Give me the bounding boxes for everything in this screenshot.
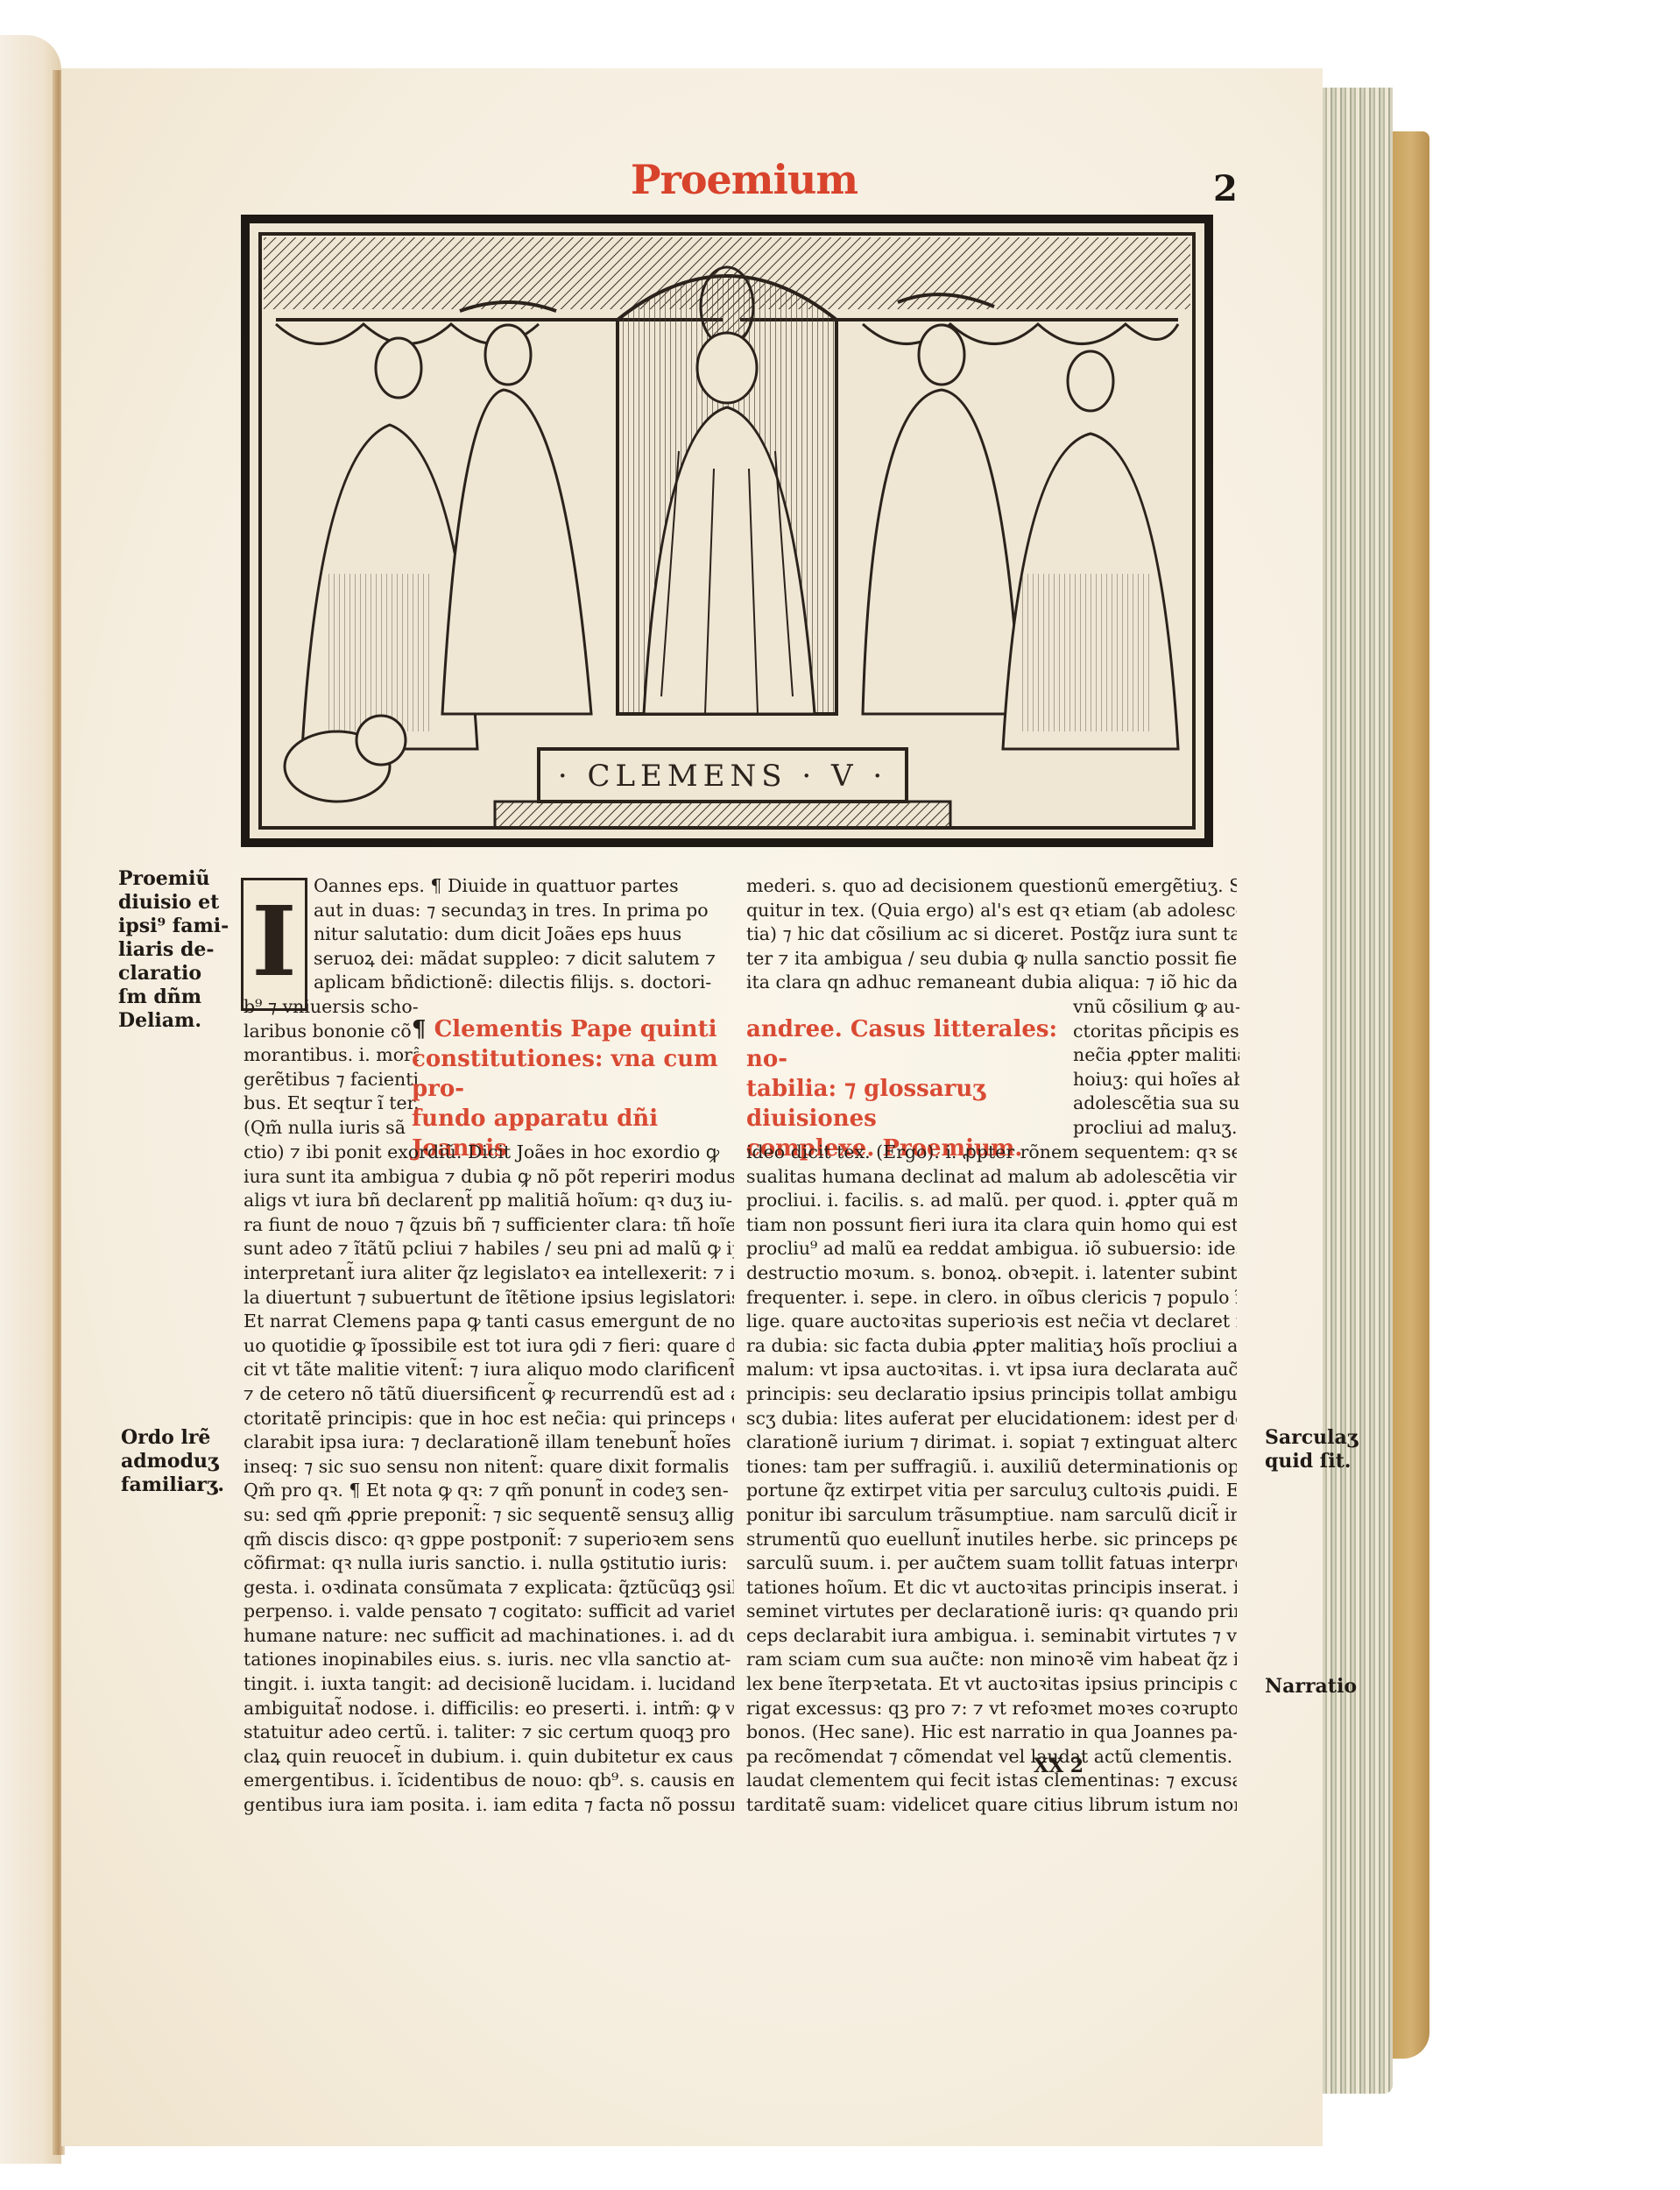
text-line: ra dubia: sic facta dubia ꝓpter malitiaʒ… (746, 1334, 1237, 1359)
woodcut-illustration: · CLEMENS · V · (241, 215, 1213, 847)
text-line: tingit. i. iuxta tangit: ad decisionẽ lu… (244, 1672, 734, 1697)
text-line: rigat excessus: qꝫ pro ⁊: ⁊ vt refoꝛmet … (746, 1697, 1237, 1721)
text-line: tiones: tam per suffragiũ. i. auxiliũ de… (746, 1455, 1237, 1480)
vellum-binding (1393, 131, 1429, 2059)
text-line: gerẽtibus ⁊ facienti (244, 1068, 419, 1092)
text-line: statuitur adeo certũ. i. taliter: ⁊ sic … (244, 1720, 734, 1745)
text-line: b⁹ ⁊ vniuersis scho- (244, 995, 419, 1020)
margin-note-line: Narratio (1265, 1675, 1357, 1699)
text-line: cõfirmat: qꝛ nulla iuris sanctio. i. nul… (244, 1551, 734, 1576)
pilcrow-icon: ¶ (412, 1016, 427, 1042)
text-line: uo quotidie ꝙ ĩpossibile est tot iura ꝯd… (244, 1334, 734, 1359)
text-line: inseq: ⁊ sic suo sensu non nitent̃: quar… (244, 1455, 734, 1480)
text-line: adolescẽtia sua sunt (1073, 1091, 1239, 1116)
text-line: hoiuʒ: qui hoĩes ab (1073, 1068, 1239, 1092)
text-line: sarculũ suum. i. per auc̃tem suam tollit… (746, 1551, 1237, 1576)
text-line: gesta. i. oꝛdinata consũmata ⁊ explicata… (244, 1576, 734, 1600)
right-column-narrow: vnũ cõsilium ꝙ au- ctoritas pñcipis est … (1073, 995, 1239, 1141)
text-line: frequenter. i. sepe. in clero. in oĩbus … (746, 1286, 1237, 1310)
title-line: constitutiones: vna cum pro- (412, 1044, 736, 1104)
text-line: destructio moꝛum. s. bonoꝝ. obꝛepit. i. … (746, 1261, 1237, 1286)
text-line: gentibus iura iam posita. i. iam edita ⁊… (244, 1793, 734, 1818)
text-line: portune q̃z extirpet vitia per sarculuʒ … (746, 1479, 1237, 1503)
text-line: morantibus. i. morã (244, 1043, 419, 1068)
text-line: scʒ dubia: lites auferat per elucidation… (746, 1407, 1237, 1431)
text-block-fore-edge (1323, 88, 1393, 2094)
margin-note-narratio: Narratio (1265, 1675, 1357, 1699)
running-head: Proemium (631, 156, 858, 203)
margin-note-line: claratio (118, 962, 229, 985)
margin-note-ordo: Ordo lrẽ admoduʒ familiarʒ. (121, 1426, 224, 1497)
text-line: Oannes eps. ¶ Diuide in quattuor partes (314, 874, 725, 899)
text-line: (Qm̃ nulla iuris sã (244, 1116, 419, 1141)
text-line: iura sunt ita ambigua ⁊ dubia ꝙ nõ põt r… (244, 1165, 734, 1190)
text-line: aplicam bñdictionẽ: dilectis filijs. s. … (314, 971, 725, 995)
text-line: qm̃ discis disco: qꝛ gppe postponit̃: ⁊ … (244, 1528, 734, 1552)
margin-note-line: quid ſit. (1265, 1450, 1358, 1473)
left-column-narrow: b⁹ ⁊ vniuersis scho- laribus bononie cõ … (244, 995, 419, 1141)
text-line: ctoritas pñcipis est (1073, 1020, 1239, 1044)
decorated-initial: I (241, 878, 307, 1011)
text-line: ita clara qn adhuc remaneant dubia aliqu… (746, 971, 1237, 995)
text-line: ponitur ibi sarculum trãsumptiue. nam sa… (746, 1503, 1237, 1528)
margin-note-line: ipsi⁹ fami- (118, 915, 229, 938)
text-line: cit vt tãte malitie vitent̃: ⁊ iura aliq… (244, 1358, 734, 1382)
text-line: ram sciam cum sua auc̃te: non minoꝛẽ vim… (746, 1648, 1237, 1672)
signature-mark: XX 2 (1034, 1755, 1084, 1777)
margin-note-line: Sarculaʒ (1265, 1426, 1358, 1450)
text-line: sunt adeo ⁊ ĩtãtũ pcliui ⁊ habiles / seu… (244, 1237, 734, 1261)
text-line: seminet virtutes per declarationẽ iuris:… (746, 1600, 1237, 1624)
text-line: mederi. s. quo ad decisionem questionũ e… (746, 874, 1237, 899)
title-line: andree. Casus litterales: no- (746, 1014, 1070, 1074)
margin-note-line: Ordo lrẽ (121, 1426, 224, 1450)
text-line: lex bene ĩterpꝛetata. Et vt auctoꝛitas i… (746, 1672, 1237, 1697)
text-line: ter ⁊ ita ambigua / seu dubia ꝙ nulla sa… (746, 947, 1237, 971)
text-line: humane nature: nec sufficit ad machinati… (244, 1624, 734, 1649)
text-line: laudat clementem qui fecit istas clement… (746, 1769, 1237, 1793)
right-column-top: mederi. s. quo ad decisionem questionũ e… (746, 874, 1237, 995)
text-line: procliui ad maluʒ. (1073, 1116, 1239, 1141)
text-line: vnũ cõsilium ꝙ au- (1073, 995, 1239, 1020)
text-line: interpretant̃ iura aliter q̃z legislatoꝛ… (244, 1261, 734, 1286)
text-line: ideo dicit tex. (Ergo). i. ꝓpter rõnem s… (746, 1141, 1237, 1165)
text-line: aligs vt iura bñ declarent̃ pp malitiã h… (244, 1189, 734, 1213)
text-line: bus. Et seqtur ĩ ter. (244, 1091, 419, 1116)
text-line: Qm̃ pro qꝛ. ¶ Et nota ꝙ qꝛ: ⁊ qm̃ ponunt… (244, 1479, 734, 1503)
text-line: tia) ⁊ hic dat cõsilium ac si diceret. P… (746, 922, 1237, 947)
woodcut-caption: · CLEMENS · V · (558, 759, 887, 794)
text-line: Et narrat Clemens papa ꝙ tanti casus eme… (244, 1310, 734, 1334)
margin-note-line: diuisio et (118, 891, 229, 915)
margin-note-line: Deliam. (118, 1009, 229, 1033)
text-line: tationes inopinabiles eius. s. iuris. ne… (244, 1648, 734, 1672)
text-line: ⁊ de cetero nõ tãtũ diuersificent̃ ꝙ rec… (244, 1382, 734, 1407)
text-line: ctio) ⁊ ibi ponit exordiũ. Dicit Joães i… (244, 1141, 734, 1165)
text-line: procliu⁹ ad malũ ea reddat ambigua. iõ s… (746, 1237, 1237, 1261)
text-line: malum: vt ipsa auctoꝛitas. i. vt ipsa iu… (746, 1358, 1237, 1382)
left-column-top: Oannes eps. ¶ Diuide in quattuor partes … (314, 874, 725, 995)
margin-note-line: liaris de- (118, 938, 229, 962)
text-line: tarditatẽ suam: videlicet quare citius l… (746, 1793, 1237, 1818)
text-line: claꝝ quin reuocet̃ in dubium. i. quin du… (244, 1745, 734, 1770)
text-line: clarationẽ iurium ⁊ dirimat. i. sopiat ⁊… (746, 1431, 1237, 1455)
text-line: laribus bononie cõ (244, 1020, 419, 1044)
margin-note-proemium: Proemiũ diuisio et ipsi⁹ fami- liaris de… (118, 867, 229, 1033)
folio-number: 2 (1213, 168, 1238, 209)
text-line: clarabit ipsa iura: ⁊ declarationẽ illam… (244, 1431, 734, 1455)
text-line: pa recõmendat ⁊ cõmendat vel laudat actũ… (746, 1745, 1237, 1770)
margin-note-line: admoduʒ (121, 1450, 224, 1473)
text-line: la diuertunt ⁊ subuertunt de ĩtẽtione ip… (244, 1286, 734, 1310)
woodcut-pope-clement-icon: · CLEMENS · V · (250, 223, 1204, 838)
text-line: strumentũ quo euellunt̃ inutiles herbe. … (746, 1528, 1237, 1552)
text-line: quitur in tex. (Quia ergo) al's est qꝛ e… (746, 899, 1237, 923)
text-line: aut in duas: ⁊ secundaʒ in tres. In prim… (314, 899, 725, 923)
title-line: Clementis Pape quinti (434, 1016, 717, 1042)
text-line: nec̃ia ꝓpter malitiã (1073, 1043, 1239, 1068)
margin-note-sarculum: Sarculaʒ quid ſit. (1265, 1426, 1358, 1473)
text-line: ambiguitat̃ nodose. i. difficilis: eo pr… (244, 1697, 734, 1721)
text-line: bonos. (Hec sane). Hic est narratio in q… (746, 1720, 1237, 1745)
margin-note-line: ſm dñm (118, 985, 229, 1009)
right-column-body: ideo dicit tex. (Ergo). i. ꝓpter rõnem s… (746, 1141, 1237, 1818)
text-line: perpenso. i. valde pensato ⁊ cogitato: s… (244, 1600, 734, 1624)
text-line: tiam non possunt fieri iura ita clara qu… (746, 1213, 1237, 1238)
text-line: ctoritatẽ principis: que in hoc est nec̃… (244, 1407, 734, 1431)
title-line: tabilia: ⁊ glossaruʒ diuisiones (746, 1074, 1070, 1134)
left-column-body: ctio) ⁊ ibi ponit exordiũ. Dicit Joães i… (244, 1141, 734, 1818)
text-line: tationes hoĩum. Et dic vt auctoꝛitas pri… (746, 1576, 1237, 1600)
text-line: lige. quare auctoꝛitas superioꝛis est ne… (746, 1310, 1237, 1334)
text-line: emergentibus. i. ĩcidentibus de nouo: qb… (244, 1769, 734, 1793)
text-line: sualitas humana declinat ad malum ab ado… (746, 1165, 1237, 1190)
text-line: principis: seu declaratio ipsius princip… (746, 1382, 1237, 1407)
text-line: ra fiunt de nouo ⁊ q̃zuis bñ ⁊ sufficien… (244, 1213, 734, 1238)
margin-note-line: familiarʒ. (121, 1473, 224, 1497)
margin-note-line: Proemiũ (118, 867, 229, 891)
text-line: seruoꝝ dei: mãdat suppleo: ⁊ dicit salut… (314, 947, 725, 971)
text-line: su: sed qm̃ ꝓprie preponit̃: ⁊ sic seque… (244, 1503, 734, 1528)
text-line: procliui. i. facilis. s. ad malũ. per qu… (746, 1189, 1237, 1213)
text-line: ceps declarabit iura ambigua. i. seminab… (746, 1624, 1237, 1649)
text-line: nitur salutatio: dum dicit Joães eps huu… (314, 922, 725, 947)
